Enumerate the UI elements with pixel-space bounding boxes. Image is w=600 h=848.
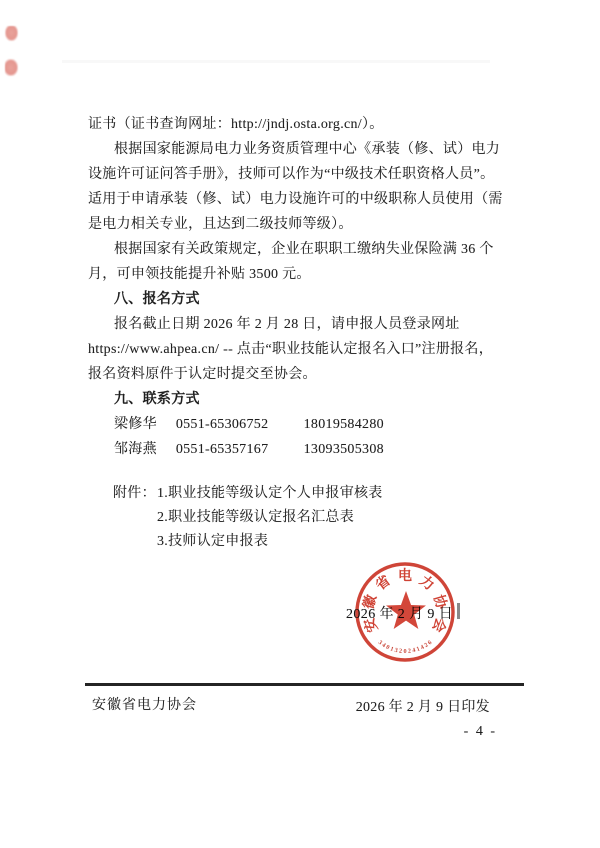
attachments-list: 附件：1.职业技能等级认定个人申报审核表 2.职业技能等级认定报名汇总表 3.技… (113, 482, 383, 554)
svg-text:2: 2 (408, 648, 412, 655)
page-number: - 4 - (397, 724, 497, 740)
contact-phone: 0551-65306752 (176, 412, 300, 437)
svg-text:0: 0 (403, 648, 406, 655)
svg-text:电: 电 (398, 567, 412, 584)
document-body: 证书（证书查询网址：http://jndj.osta.org.cn/）。 根据国… (88, 112, 512, 462)
seal-date: 2026 年 2 月 9 日 (346, 603, 453, 623)
contact-phone: 0551-65357167 (176, 437, 300, 462)
contact-name: 邹海燕 (114, 437, 172, 462)
contact-name: 梁修华 (114, 412, 172, 437)
red-scan-artifact (5, 59, 18, 76)
contact-mobile: 18019584280 (304, 417, 384, 432)
doc-line: 设施许可证问答手册》，技师可以作为“中级技术任职资格人员”。 (88, 162, 512, 187)
section-heading-contact: 九、联系方式 (88, 387, 512, 412)
footer-organization: 安徽省电力协会 (92, 694, 197, 714)
contact-mobile: 13093505308 (304, 442, 384, 457)
doc-line: 报名截止日期 2026 年 2 月 28 日，请申报人员登录网址 (88, 312, 512, 337)
section-heading-registration: 八、报名方式 (88, 287, 512, 312)
svg-text:2: 2 (399, 648, 403, 655)
svg-text:3: 3 (394, 647, 399, 655)
doc-line: 证书（证书查询网址：http://jndj.osta.org.cn/）。 (88, 112, 512, 137)
attachments-label: 附件： (113, 482, 157, 506)
doc-line registration-url: https://www.ahpea.cn/ -- 点击“职业技能认定报名入口”注… (88, 337, 512, 362)
doc-line: 适用于申请承装（修、试）电力设施许可的中级职称人员使用（需 (88, 187, 512, 212)
footer-divider (85, 683, 524, 686)
doc-line: 月，可申领技能提升补贴 3500 元。 (88, 262, 512, 287)
attachment-item: 附件：1.职业技能等级认定个人申报审核表 (113, 482, 383, 506)
attachment-title: 1.职业技能等级认定个人申报审核表 (157, 486, 383, 501)
scan-artifact-tick (457, 603, 460, 619)
attachment-item: 3.技师认定申报表 (113, 530, 383, 554)
attachment-item: 2.职业技能等级认定报名汇总表 (113, 506, 383, 530)
footer-issue-date: 2026 年 2 月 9 日印发 (300, 696, 490, 716)
doc-line: 是电力相关专业，且达到二级技师等级）。 (88, 212, 512, 237)
doc-line: 报名资料原件于认定时提交至协会。 (88, 362, 512, 387)
red-scan-artifact (5, 26, 18, 41)
doc-line: 根据国家有关政策规定，企业在职职工缴纳失业保险满 36 个 (88, 237, 512, 262)
scan-artifact-band (62, 60, 490, 63)
contact-row: 邹海燕 0551-65357167 13093505308 (88, 437, 512, 462)
doc-line: 根据国家能源局电力业务资质管理中心《承装（修、试）电力 (88, 137, 512, 162)
contact-row: 梁修华 0551-65306752 18019584280 (88, 412, 512, 437)
